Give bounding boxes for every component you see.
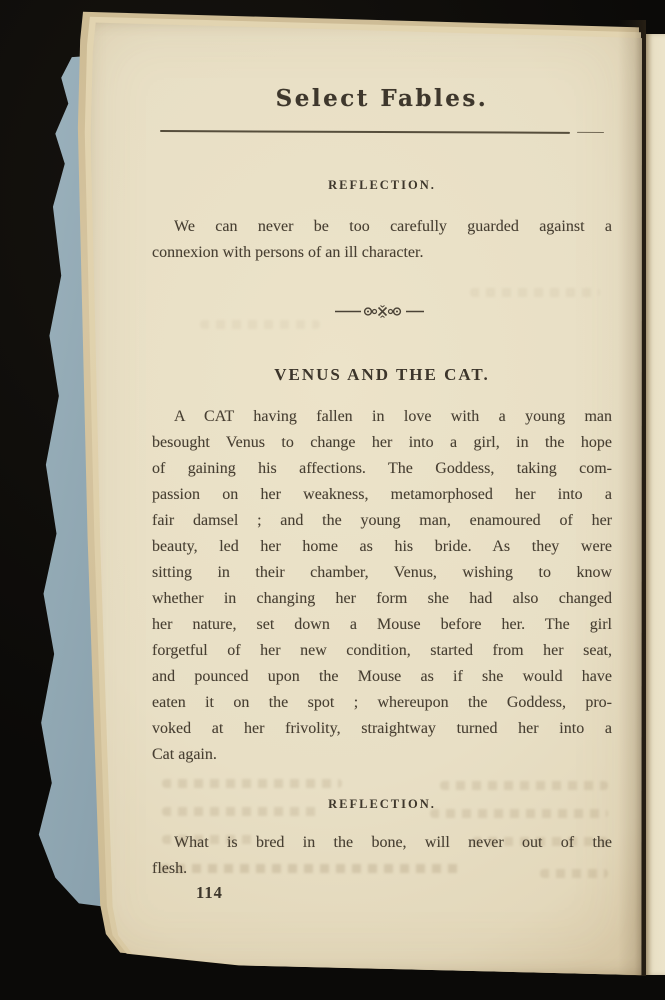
text-line: voked at her frivolity, straightway turn… [152,716,612,742]
text-line: whether in changing her form she had als… [152,586,612,612]
reflection-top-paragraph: We can never be too carefully guarded ag… [152,214,612,266]
text-line: sitting in their chamber, Venus, wishing… [152,560,612,586]
facing-page-edge [646,34,665,975]
text-line: What is bred in the bone, will never out… [152,830,612,856]
text-line: and pounced upon the Mouse as if she wou… [152,664,612,690]
text-line: Cat again. [152,742,612,768]
fable-body-paragraph: A CAT having fallen in love with a young… [152,404,612,768]
text-line: forgetful of her new condition, started … [152,638,612,664]
text-line: of gaining his affections. The Goddess, … [152,456,612,482]
reflection-heading-bottom: REFLECTION. [152,797,612,812]
text-line: A CAT having fallen in love with a young… [152,404,612,430]
text-line: her nature, set down a Mouse before her.… [152,612,612,638]
running-header: Select Fables. [152,85,612,112]
fleuron-divider-icon [152,302,612,320]
text-line: besought Venus to change her into a girl… [152,430,612,456]
header-rule-segment [577,132,604,133]
reflection-bottom-paragraph: What is bred in the bone, will never out… [152,830,612,882]
gutter-crease [618,20,646,976]
text-line: flesh. [152,856,612,882]
header-rule-segment [160,130,570,133]
text-line: beauty, led her home as his bride. As th… [152,534,612,560]
text-line: passion on her weakness, metamorphosed h… [152,482,612,508]
text-line: connexion with persons of an ill charact… [152,240,612,266]
text-line: We can never be too carefully guarded ag… [152,214,612,240]
text-line: fair damsel ; and the young man, enamour… [152,508,612,534]
header-rule [152,130,612,135]
text-line: eaten it on the spot ; whereupon the God… [152,690,612,716]
page-content: Select Fables. REFLECTION. We can never … [152,0,612,1000]
book-photo: Select Fables. REFLECTION. We can never … [0,0,665,1000]
fable-title: VENUS AND THE CAT. [152,365,612,385]
reflection-heading-top: REFLECTION. [152,178,612,193]
page-number: 114 [196,883,223,903]
